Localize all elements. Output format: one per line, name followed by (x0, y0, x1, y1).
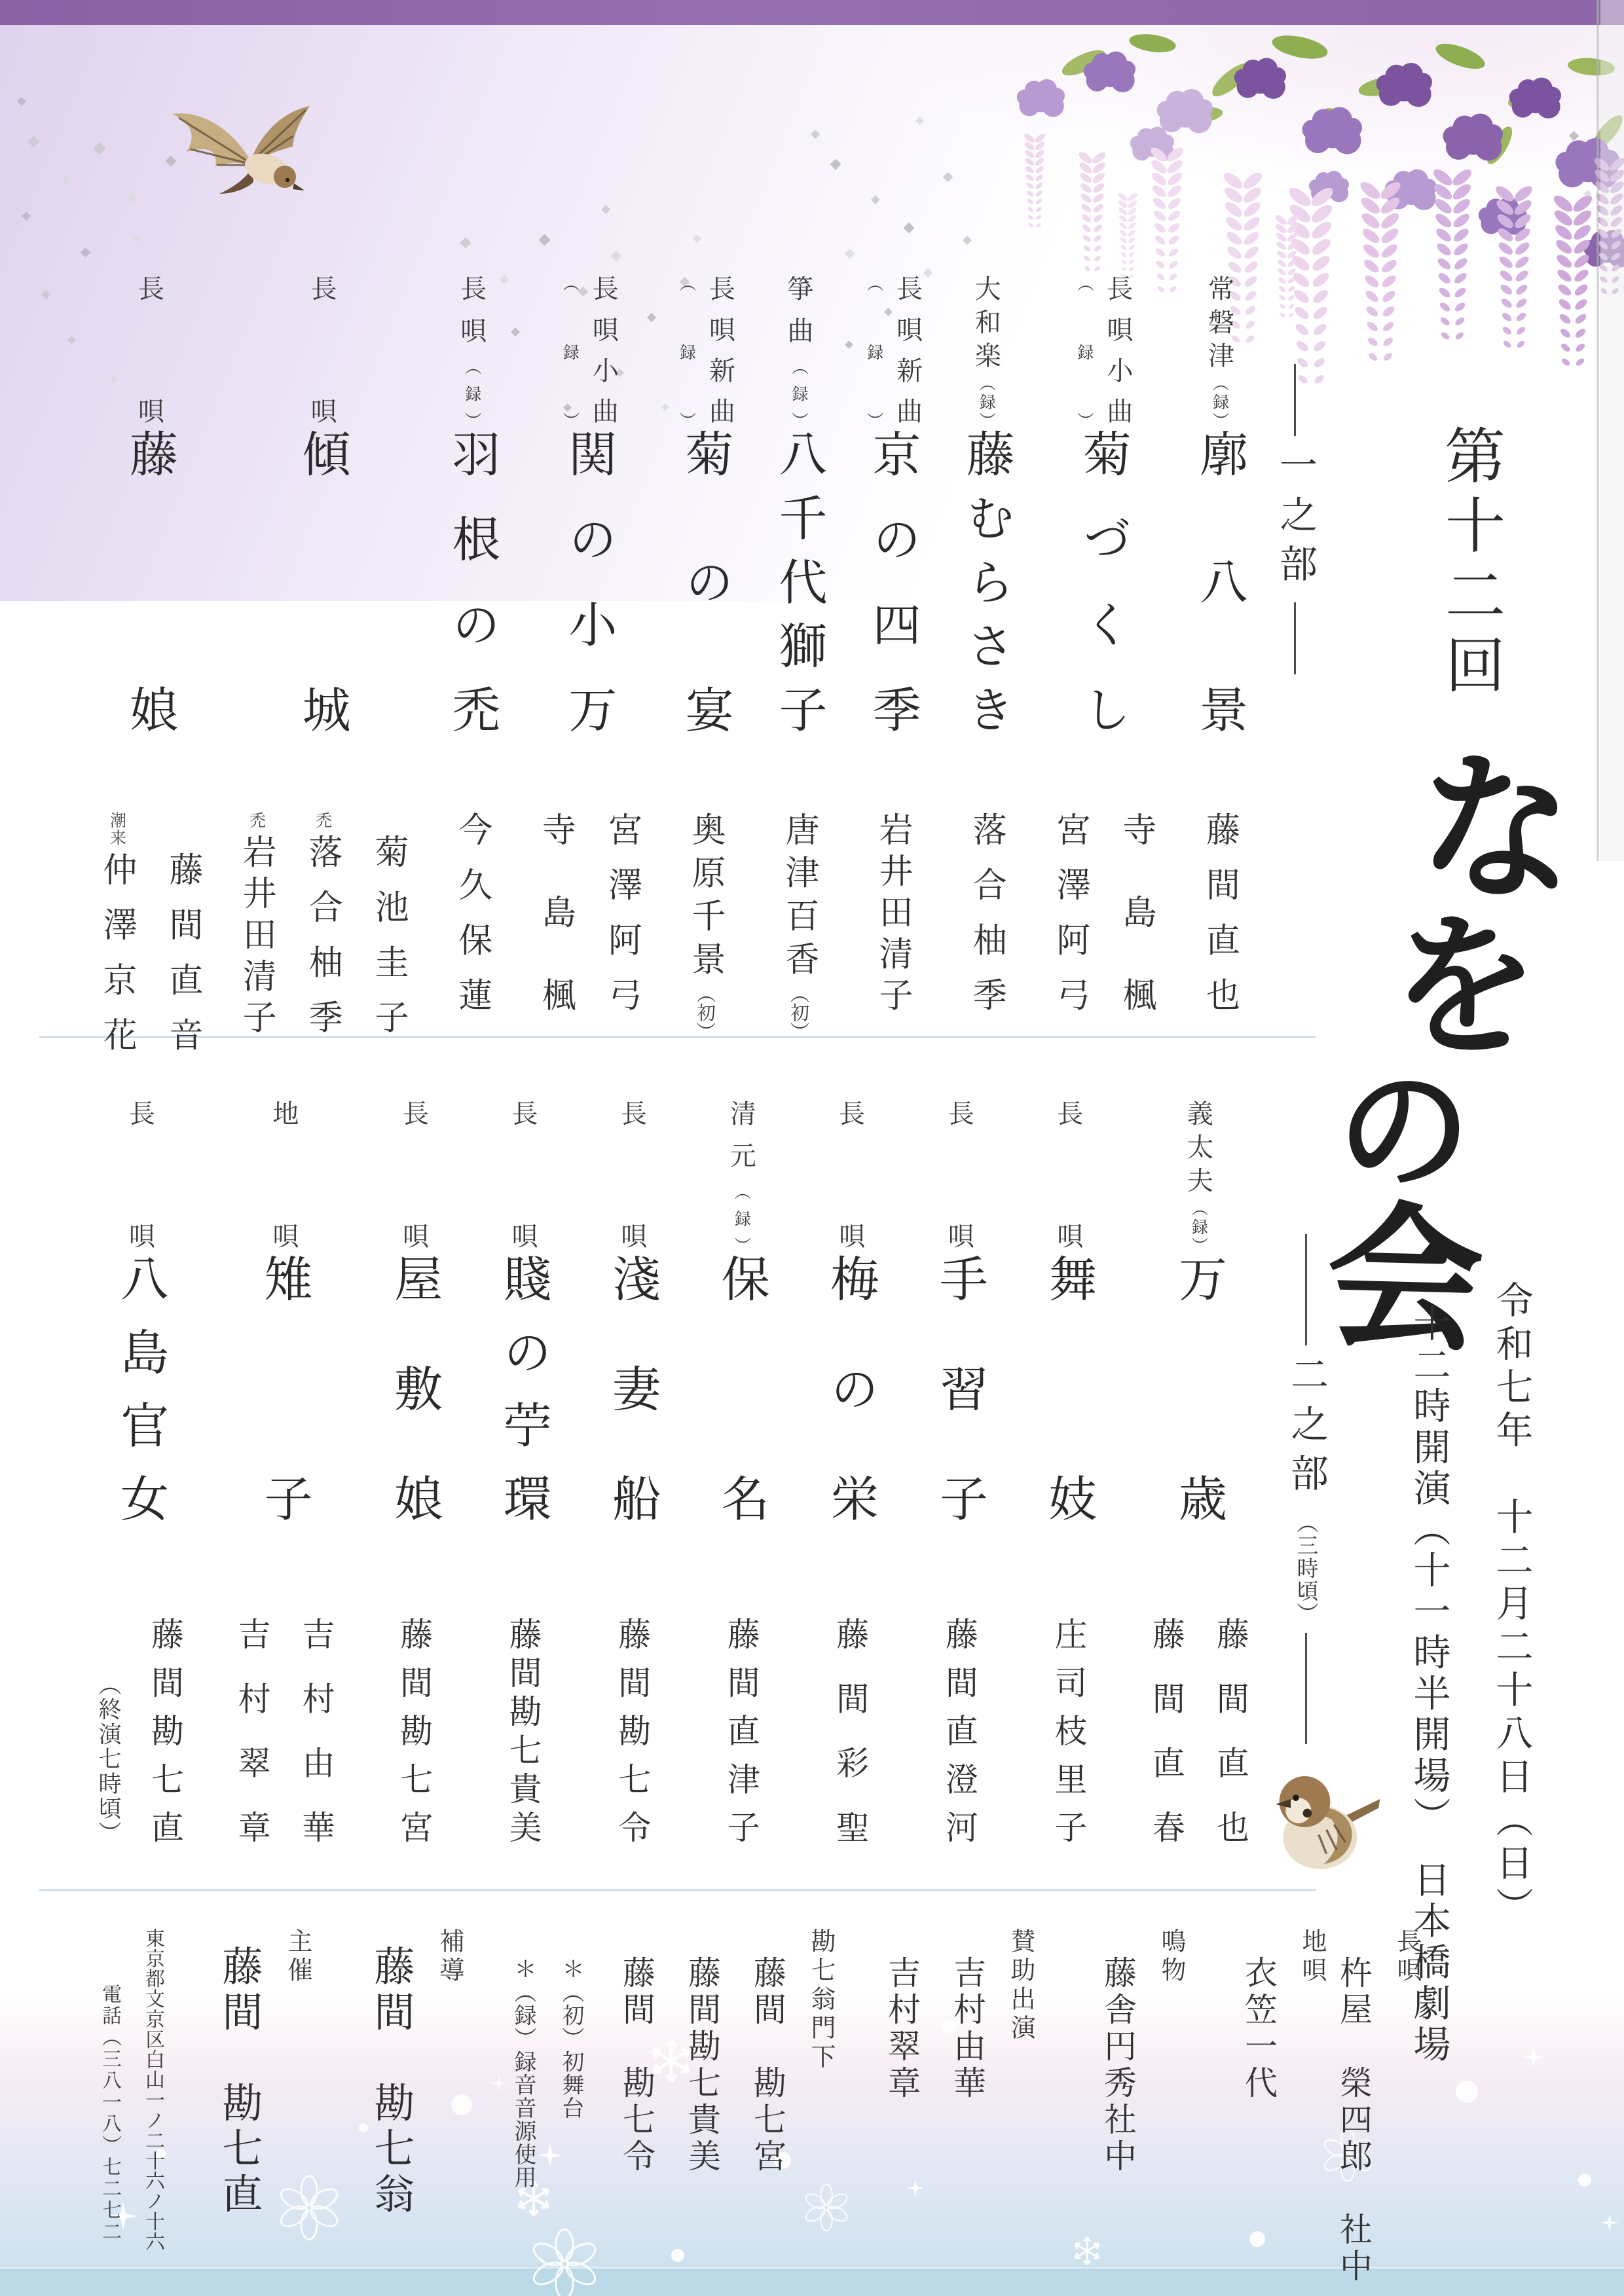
address-block: 東京都文京区白山一ノ二十六ノ十六 電話（三八一八）七二七二 (95, 1928, 167, 2251)
performers: 藤間直也 藤間直春 (1143, 1617, 1254, 1846)
performers: 藤間勘七貴美 (500, 1617, 547, 1846)
flyer-page: 第十二回 なをの会 令和七年 十二月二十八日（日） 十二時開演（十一時半開場） … (0, 0, 1624, 2296)
piece-title: 万歳 (1164, 1254, 1233, 1535)
performer-name: 仲澤京花 (92, 852, 141, 1055)
genre-label: 長唄 (396, 1100, 433, 1254)
piece-title: 傾城 (287, 429, 357, 746)
credit-role-hodo: 補導 藤間 勘七翁 (361, 1928, 468, 2218)
credit-name: 藤間 勘七令 (613, 1956, 660, 2176)
piece-title: 八島官女 (105, 1254, 175, 1535)
performer-name: 吉村翠章 (229, 1617, 276, 1846)
section-separator (39, 1889, 1316, 1891)
part2-program: 義太夫（録） 万歳 藤間直也 藤間直春 長唄 舞妓 庄司枝里子 長唄 手習子 藤… (92, 1100, 1254, 1846)
piece-title: 淺妻船 (597, 1254, 667, 1535)
piece-title: 京の四季 (858, 429, 927, 746)
performers: 菊池圭子 禿 落合柚季 禿 岩井田清子 (231, 812, 413, 1037)
header-dash (1305, 1633, 1307, 1744)
program-item: 義太夫（録） 万歳 藤間直也 藤間直春 (1143, 1100, 1254, 1846)
program-item: 長唄 屋敷娘 藤間勘七宮 (379, 1100, 449, 1846)
piece-title: 菊の宴 (670, 429, 739, 746)
performer-name: 藤間勘七直 (141, 1617, 189, 1846)
performers: 吉村由華 吉村翠章 (229, 1617, 340, 1846)
credit-label: 地唄 (1294, 1928, 1330, 1986)
genre-label: 長唄（録） (453, 275, 490, 429)
performer-name: 藤間勘七貴美 (500, 1617, 547, 1846)
performers: 落合柚季 (961, 812, 1010, 1015)
genre-label: 長唄 (303, 275, 341, 429)
credit-label: 鳴物 (1153, 1928, 1189, 1986)
performer-name: 吉村由華 (293, 1617, 340, 1846)
piece-title: 手習子 (925, 1254, 994, 1535)
program-item: 長唄（録） 羽根の禿 今久保蓮 (437, 275, 506, 1055)
performer-name: 庄司枝里子 (1044, 1617, 1092, 1846)
program-item: 長唄 淺妻船 藤間勘七令 (597, 1100, 667, 1846)
performer-name: 岩井田清子 (868, 812, 917, 1015)
credit-role-name: 藤間 勘七翁 (361, 1945, 420, 2218)
performer-name: 唐津百香 (774, 812, 823, 979)
address-line: 東京都文京区白山一ノ二十六ノ十六 (138, 1928, 167, 2251)
program-item: 長唄 傾城 菊池圭子 禿 落合柚季 禿 岩井田清子 (231, 275, 413, 1055)
performers: 藤間直也 (1194, 812, 1244, 1015)
performer-name: 藤間直也 (1194, 812, 1244, 1015)
credit-group-disciples: 勘七翁門下 藤間 勘七宮 藤間勘七貴美 藤間 勘七令 (613, 1928, 839, 2176)
credit-name: 藤間勘七貴美 (678, 1956, 726, 2176)
genre-label: 長唄小曲（録） (554, 275, 622, 429)
piece-title: 舞妓 (1033, 1254, 1103, 1535)
part1-header: 一之部 (1267, 364, 1322, 674)
performers: 藤間直音 潮来 仲澤京花 (92, 812, 207, 1055)
performers: 今久保蓮 (447, 812, 496, 1015)
part2-header-label: 二之部 (1278, 1355, 1333, 1503)
program-item: 長唄小曲（録） 関の小万 宮澤阿弓 寺島楓 (530, 275, 646, 1055)
performer-name: 藤間勘七令 (608, 1617, 655, 1846)
event-title-main: なをの会 (1381, 740, 1559, 1357)
piece-title: 八千代獅子 (764, 429, 834, 746)
performer-name: 藤間直音 (158, 852, 207, 1055)
performer-name: 寺島楓 (530, 812, 580, 1015)
program-item: 箏曲（録） 八千代獅子 唐津百香 （初） (764, 275, 834, 1055)
performers: 藤間勘七直 （終演七時頃） (92, 1617, 189, 1846)
program-item: 長唄小曲（録） 菊づくし 寺島楓 宮澤阿弓 (1045, 275, 1160, 1055)
header-dash (1294, 602, 1296, 674)
part2-header-time-note: （三時頃） (1291, 1512, 1321, 1625)
credit-name: 衣笠一代 (1235, 1956, 1282, 2102)
sitting-sparrow-illustration (1270, 1764, 1385, 1882)
program-item: 清元（録） 保名 藤間直津子 (707, 1100, 776, 1846)
piece-title: 菊づくし (1068, 429, 1137, 746)
performers: 藤間勘七令 (608, 1617, 655, 1846)
legend-note: ＊（録）録音音源使用 (507, 1958, 539, 2189)
credit-label: 勘七翁門下 (803, 1928, 839, 2072)
genre-label: 常磐津（録） (1200, 275, 1238, 429)
performer-name: 藤間直津子 (718, 1617, 765, 1846)
genre-label: 箏曲（録） (780, 275, 817, 429)
credit-name: 吉村翠章 (878, 1956, 925, 2102)
role-prefix: 潮来 (105, 812, 128, 847)
performers: 藤間直津子 (718, 1617, 765, 1846)
genre-label: 長唄新曲（録） (858, 275, 927, 429)
piece-title: 藤娘 (115, 429, 184, 746)
event-title-prefix: 第十二回 (1427, 424, 1513, 704)
genre-label: 長唄 (122, 1100, 159, 1254)
performer-name: 菊池圭子 (363, 834, 413, 1037)
part1-header-label: 一之部 (1267, 445, 1322, 593)
genre-label: 長唄 (131, 275, 168, 429)
piece-title: 関の小万 (553, 429, 623, 746)
scan-edge-line (1596, 0, 1599, 861)
performers: 藤間勘七宮 (390, 1617, 437, 1846)
performer-name: 藤間直也 (1207, 1617, 1254, 1846)
credit-name: 藤舎円秀社中 (1094, 1956, 1141, 2176)
genre-label: 地唄 (265, 1100, 303, 1254)
performers: 奥原千景 （初） (680, 812, 729, 1041)
role-prefix: 禿 (244, 812, 268, 829)
flying-sparrow-illustration (154, 84, 350, 215)
part2-header: 二之部 （三時頃） (1278, 1234, 1333, 1744)
performers: 岩井田清子 (868, 812, 917, 1015)
performers: 宮澤阿弓 寺島楓 (530, 812, 646, 1015)
program-item: 長唄 梅の栄 藤間彩聖 (815, 1100, 885, 1846)
program-item: 長唄 舞妓 庄司枝里子 (1033, 1100, 1103, 1846)
performer-name: 落合柚季 (297, 834, 346, 1037)
program-item: 長唄新曲（録） 菊の宴 奥原千景 （初） (670, 275, 739, 1055)
performer-name: 岩井田清子 (231, 834, 280, 1037)
phone-line: 電話（三八一八）七二七二 (95, 1984, 124, 2243)
credit-name: 吉村由華 (944, 1956, 991, 2102)
genre-label: 清元（録） (722, 1100, 760, 1254)
legend-note: ＊（初）初舞台 (555, 1958, 587, 2120)
piece-title: 梅の栄 (815, 1254, 885, 1535)
program-item: 地唄 雉子 吉村由華 吉村翠章 (229, 1100, 340, 1846)
top-purple-bar (0, 0, 1624, 25)
credits-section: 長唄 杵屋 榮四郎 社中 地唄 衣笠一代 鳴物 藤舎円秀社中 賛助出演 吉村由華… (69, 1928, 1425, 2286)
performer-name: 藤間直澄河 (936, 1617, 983, 1846)
credit-group-jiuta: 地唄 衣笠一代 (1235, 1928, 1330, 2102)
date-line: 令和七年 十二月二十八日（日） (1484, 1281, 1538, 2066)
credit-role-shusai: 主催 藤間 勘七直 (210, 1928, 316, 2218)
piece-title: 藤むらさき (951, 429, 1021, 746)
credit-group-guests: 賛助出演 吉村由華 吉村翠章 (878, 1928, 1039, 2102)
part1-program: 常磐津（録） 廓八景 藤間直也 長唄小曲（録） 菊づくし 寺島楓 宮澤阿弓 大和… (92, 275, 1254, 1055)
genre-label: 長唄小曲（録） (1069, 275, 1137, 429)
debut-mark: （初） (692, 984, 718, 1041)
performers: 藤間彩聖 (826, 1617, 874, 1846)
performers: 唐津百香 （初） (774, 812, 823, 1041)
program-item: 常磐津（録） 廓八景 藤間直也 (1185, 275, 1254, 1055)
piece-title: 羽根の禿 (437, 429, 506, 746)
credit-group-nagauta: 長唄 杵屋 榮四郎 社中 (1330, 1928, 1425, 2286)
credit-label: 補導 (432, 1928, 468, 1986)
performer-name: 奥原千景 (680, 812, 729, 979)
performer-name: 宮澤阿弓 (597, 812, 646, 1015)
genre-label: 大和楽（録） (967, 275, 1005, 429)
piece-title: 賤の苧環 (489, 1254, 558, 1535)
program-item: 長唄 藤娘 藤間直音 潮来 仲澤京花 (92, 275, 207, 1055)
credit-label: 長唄 (1389, 1928, 1425, 1986)
program-item: 長唄 八島官女 藤間勘七直 （終演七時頃） (92, 1100, 189, 1846)
piece-title: 廓八景 (1185, 429, 1254, 746)
genre-label: 長唄 (1050, 1100, 1087, 1254)
genre-label: 長唄新曲（録） (671, 275, 739, 429)
piece-title: 保名 (707, 1254, 776, 1535)
performer-name: 落合柚季 (961, 812, 1010, 1015)
performer-name: 今久保蓮 (447, 812, 496, 1015)
program-item: 大和楽（録） 藤むらさき 落合柚季 (951, 275, 1021, 1055)
credit-role-name: 藤間 勘七直 (210, 1945, 268, 2218)
performer-name: 寺島楓 (1111, 812, 1160, 1015)
genre-label: 長唄 (504, 1100, 542, 1254)
debut-mark: （初） (785, 984, 812, 1041)
scan-edge-strip (1600, 0, 1624, 861)
performers: 寺島楓 宮澤阿弓 (1045, 812, 1160, 1015)
legend-notes: ＊（初）初舞台 ＊（録）録音音源使用 (507, 1928, 587, 2189)
program-item: 長唄 賤の苧環 藤間勘七貴美 (489, 1100, 558, 1846)
program-item: 長唄新曲（録） 京の四季 岩井田清子 (858, 275, 927, 1055)
credit-label: 賛助出演 (1003, 1928, 1039, 2043)
genre-label: 長唄 (940, 1100, 978, 1254)
performers: 庄司枝里子 (1044, 1617, 1092, 1846)
piece-title: 屋敷娘 (379, 1254, 449, 1535)
genre-label: 長唄 (614, 1100, 651, 1254)
performer-name: 藤間彩聖 (826, 1617, 874, 1846)
event-title: 第十二回 なをの会 (1375, 424, 1565, 1355)
genre-label: 長唄 (832, 1100, 869, 1254)
performer-name: 藤間勘七宮 (390, 1617, 437, 1846)
performer-name: 藤間直春 (1143, 1617, 1190, 1846)
program-item: 長唄 手習子 藤間直澄河 (925, 1100, 994, 1846)
header-dash (1305, 1234, 1307, 1345)
credit-name: 藤間 勘七宮 (744, 1956, 791, 2176)
credit-name: 杵屋 榮四郎 社中 (1330, 1956, 1377, 2286)
header-dash (1294, 364, 1296, 436)
performers: 藤間直澄河 (936, 1617, 983, 1846)
credit-label: 主催 (280, 1928, 316, 1986)
end-time-note: （終演七時頃） (92, 1673, 124, 1846)
performer-name: 宮澤阿弓 (1045, 812, 1094, 1015)
credit-group-narimono: 鳴物 藤舎円秀社中 (1094, 1928, 1189, 2176)
piece-title: 雉子 (249, 1254, 319, 1535)
genre-label: 義太夫（録） (1179, 1100, 1217, 1254)
role-prefix: 禿 (310, 812, 334, 829)
